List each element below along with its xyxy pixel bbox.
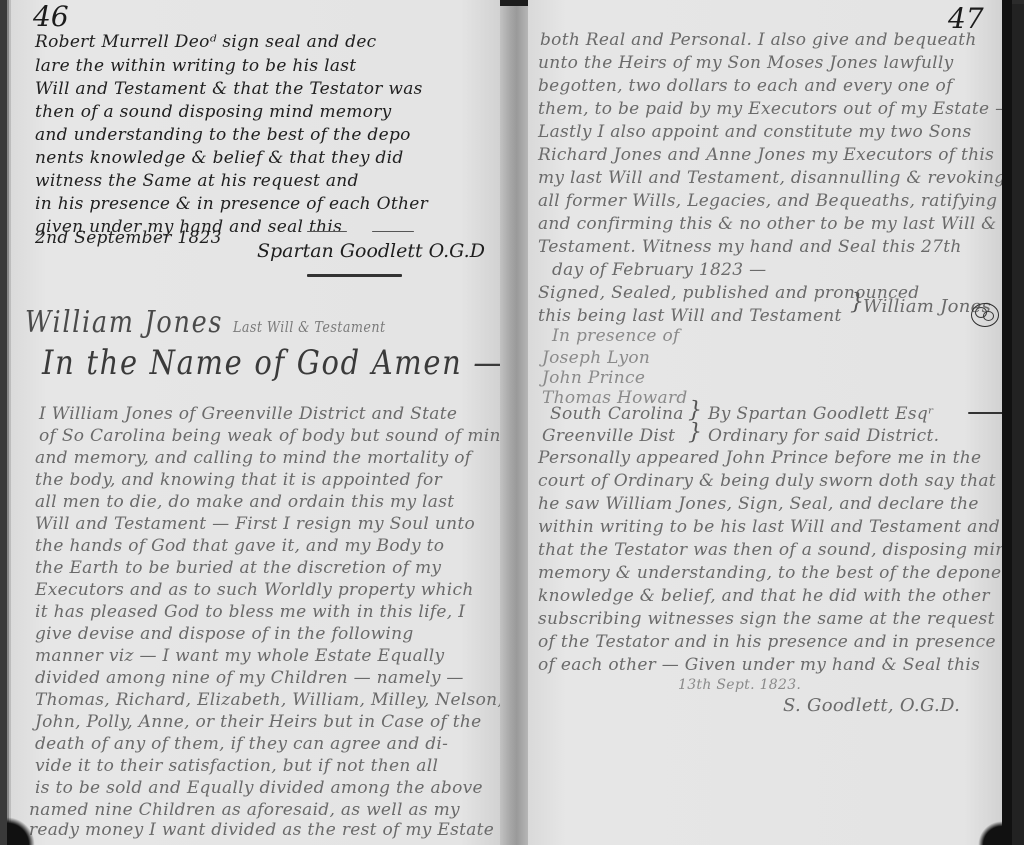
signature-s-goodlett: S. Goodlett, O.G.D. (783, 694, 960, 718)
text-line: all men to die, do make and ordain this … (35, 490, 454, 514)
text-line: Will and Testament — First I resign my S… (35, 512, 475, 536)
will-title-name: William Jones (25, 305, 223, 340)
text-line: of the Testator and in his presence and … (538, 630, 996, 654)
page-corner-shadow (7, 817, 35, 845)
witness-heading: In presence of (552, 324, 680, 348)
text-line: Personally appeared John Prince before m… (538, 446, 981, 470)
text-line: nents knowledge & belief & that they did (35, 146, 404, 170)
text-line: court of Ordinary & being duly sworn dot… (538, 469, 996, 493)
will-title: William Jones Last Will & Testament (25, 305, 386, 340)
header-right-line: By Spartan Goodlett Esqʳ (708, 402, 934, 426)
text-line: the body, and knowing that it is appoint… (35, 468, 442, 492)
text-line: the hands of God that gave it, and my Bo… (35, 534, 444, 558)
flourish-line (307, 231, 347, 232)
right-page: 47 both Real and Personal. I also give a… (528, 0, 1012, 845)
text-line: day of February 1823 — (552, 258, 766, 282)
text-line: I William Jones of Greenville District a… (39, 402, 457, 426)
text-line: vide it to their satisfaction, but if no… (35, 754, 438, 778)
text-line: in his presence & in presence of each Ot… (35, 192, 428, 216)
brace-mark: } (688, 420, 702, 445)
text-line: is to be sold and Equally divided among … (35, 776, 483, 800)
text-line: begotten, two dollars to each and every … (538, 74, 953, 98)
flourish-line (372, 231, 414, 232)
text-line: 2nd September 1823 (35, 226, 222, 250)
page-number-left: 46 (33, 0, 69, 33)
text-line: Lastly I also appoint and constitute my … (538, 120, 971, 144)
text-line: of So Carolina being weak of body but so… (39, 424, 500, 448)
text-line: ready money I want divided as the rest o… (29, 818, 494, 842)
header-left-line: Greenville Dist (542, 424, 675, 448)
book-gutter (500, 0, 528, 845)
text-line: the Earth to be buried at the discretion… (35, 556, 441, 580)
text-line: Robert Murrell Deoᵈ sign seal and dec (35, 30, 377, 54)
text-line: divided among nine of my Children — name… (35, 666, 464, 690)
text-line: Richard Jones and Anne Jones my Executor… (538, 143, 994, 167)
text-line: John, Polly, Anne, or their Heirs but in… (35, 710, 482, 734)
header-left-line: South Carolina (550, 402, 684, 426)
wax-seal-icon (971, 303, 999, 327)
text-line: memory & understanding, to the best of t… (538, 561, 1012, 585)
text-line: then of a sound disposing mind memory (35, 100, 392, 124)
ledger-spread: 46 Robert Murrell Deoᵈ sign seal and dec… (0, 0, 1024, 845)
text-line: he saw William Jones, Sign, Seal, and de… (538, 492, 979, 516)
text-line: death of any of them, if they can agree … (35, 732, 448, 756)
text-line: that the Testator was then of a sound, d… (538, 538, 1012, 562)
will-title-suffix: Last Will & Testament (233, 318, 386, 336)
text-line: Thomas, Richard, Elizabeth, William, Mil… (35, 688, 500, 712)
text-line: all former Wills, Legacies, and Bequeath… (538, 189, 997, 213)
text-line: within writing to be his last Will and T… (538, 515, 1000, 539)
page-corner-shadow (978, 821, 1002, 845)
text-line: it has pleased God to bless me with in t… (35, 600, 465, 624)
text-line: them, to be paid by my Executors out of … (538, 97, 1012, 121)
text-line: subscribing witnesses sign the same at t… (538, 607, 995, 631)
text-line: Testament. Witness my hand and Seal this… (538, 235, 962, 259)
text-line: my last Will and Testament, disannulling… (538, 166, 1005, 190)
will-invocation: In the Name of God Amen — (42, 343, 500, 383)
text-line: and memory, and calling to mind the mort… (35, 446, 471, 470)
text-line: Will and Testament & that the Testator w… (35, 77, 423, 101)
left-page: 46 Robert Murrell Deoᵈ sign seal and dec… (0, 0, 500, 845)
brace-mark: } (850, 290, 864, 315)
text-line: knowledge & belief, and that he did with… (538, 584, 990, 608)
text-line: lare the within writing to be his last (35, 54, 356, 78)
text-line: manner viz — I want my whole Estate Equa… (35, 644, 444, 668)
header-right-line: Ordinary for said District. (708, 424, 939, 448)
signature-flourish (307, 274, 402, 277)
text-line: both Real and Personal. I also give and … (540, 28, 977, 52)
flourish-line (968, 412, 1004, 414)
text-line: Executors and as to such Worldly propert… (35, 578, 474, 602)
text-line: witness the Same at his request and (35, 169, 359, 193)
text-line: and understanding to the best of the dep… (35, 123, 411, 147)
text-line: give devise and dispose of in the follow… (35, 622, 414, 646)
text-line: unto the Heirs of my Son Moses Jones law… (538, 51, 954, 75)
text-line: and confirming this & no other to be my … (538, 212, 997, 236)
signature-spartan-goodlett: Spartan Goodlett O.G.D (257, 240, 485, 262)
